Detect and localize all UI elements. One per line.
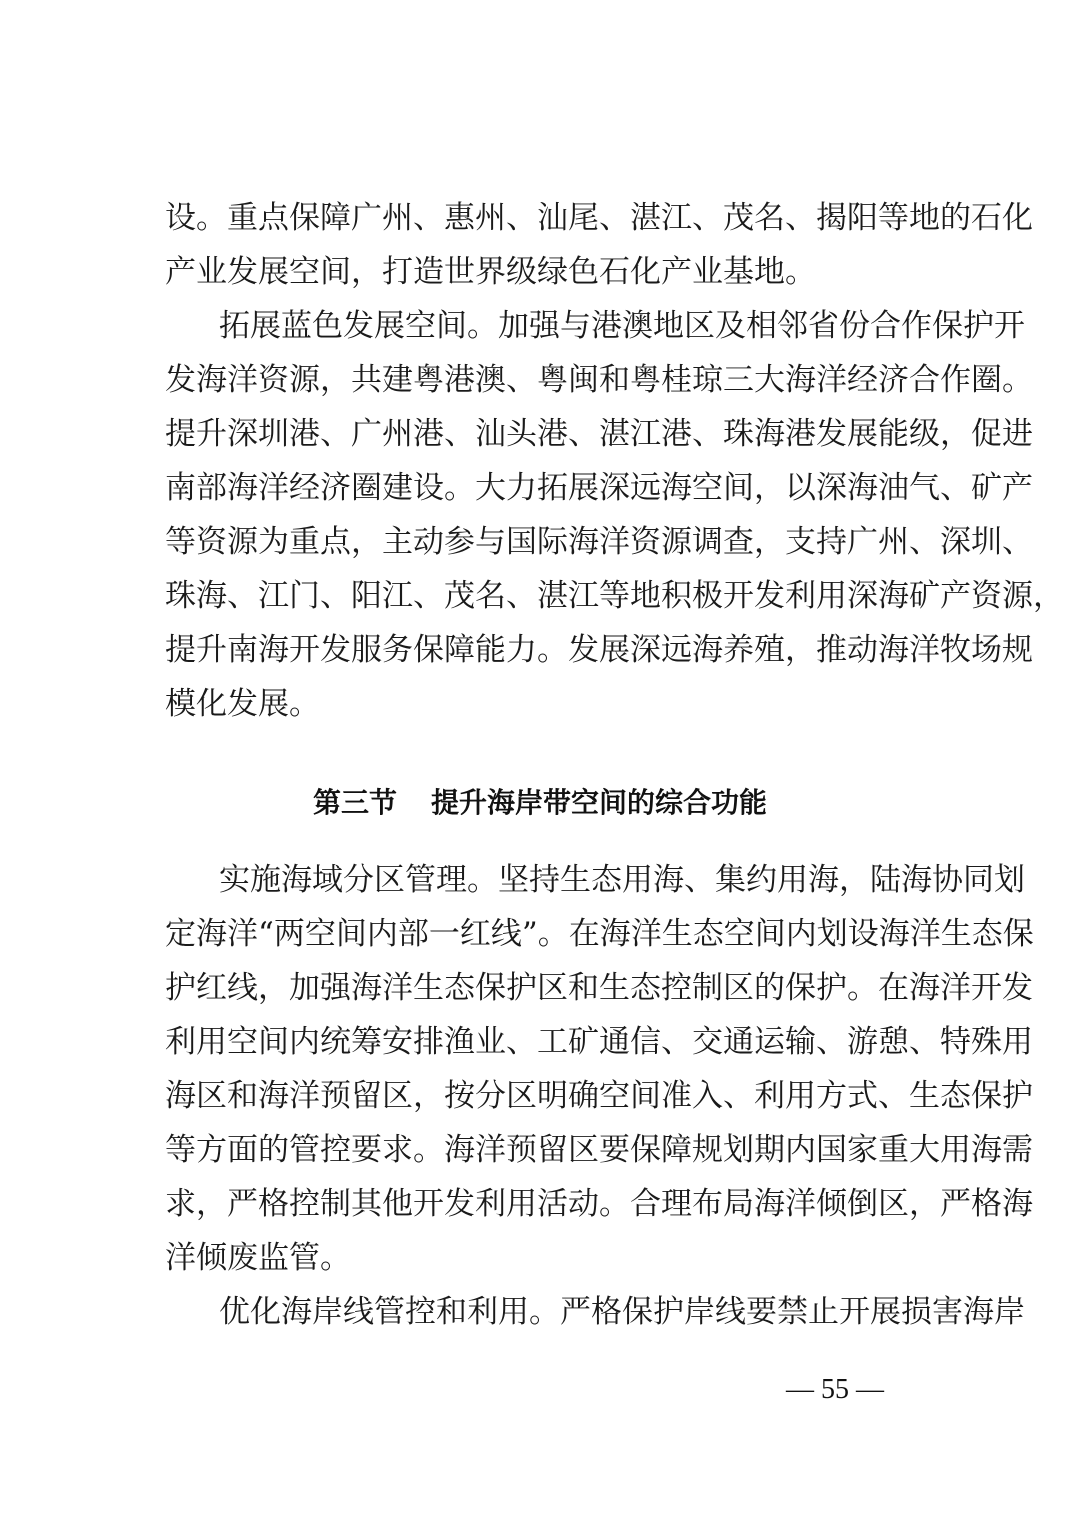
- paragraph-2-line-8: 模化发展。: [165, 677, 917, 731]
- paragraph-2-line-5: 等资源为重点，主动参与国际海洋资源调查，支持广州、深圳、: [165, 515, 917, 569]
- paragraph-2-line-4: 南部海洋经济圈建设。大力拓展深远海空间，以深海油气、矿产: [165, 461, 917, 515]
- section-title: 提升海岸带空间的综合功能: [431, 786, 767, 819]
- paragraph-3-line-8: 洋倾废监管。: [165, 1231, 917, 1285]
- paragraph-3-line-3: 护红线，加强海洋生态保护区和生态控制区的保护。在海洋开发: [165, 961, 917, 1015]
- paragraph-3-line-1: 实施海域分区管理。坚持生态用海、集约用海，陆海协同划: [219, 853, 917, 907]
- paragraph-4-line-1: 优化海岸线管控和利用。严格保护岸线要禁止开展损害海岸: [219, 1285, 917, 1339]
- page-number: — 55 —: [780, 1368, 890, 1412]
- paragraph-3-line-6: 等方面的管控要求。海洋预留区要保障规划期内国家重大用海需: [165, 1123, 917, 1177]
- paragraph-3-line-7: 求，严格控制其他开发利用活动。合理布局海洋倾倒区，严格海: [165, 1177, 917, 1231]
- paragraph-1-line-1: 设。重点保障广州、惠州、汕尾、湛江、茂名、揭阳等地的石化: [165, 191, 917, 245]
- paragraph-2-line-3: 提升深圳港、广州港、汕头港、湛江港、珠海港发展能级，促进: [165, 407, 917, 461]
- paragraph-3-line-2: 定海洋“两空间内部一红线”。在海洋生态空间内划设海洋生态保: [165, 907, 917, 961]
- paragraph-2-line-6: 珠海、江门、阳江、茂名、湛江等地积极开发利用深海矿产资源，: [165, 569, 917, 623]
- paragraph-2-line-1: 拓展蓝色发展空间。加强与港澳地区及相邻省份合作保护开: [219, 299, 917, 353]
- paragraph-1-line-2: 产业发展空间，打造世界级绿色石化产业基地。: [165, 245, 917, 299]
- document-page: 设。重点保障广州、惠州、汕尾、湛江、茂名、揭阳等地的石化 产业发展空间，打造世界…: [0, 0, 1080, 1527]
- section-number: 第三节: [313, 786, 397, 819]
- section-heading: 第三节提升海岸带空间的综合功能: [0, 776, 1080, 830]
- paragraph-3-line-5: 海区和海洋预留区，按分区明确空间准入、利用方式、生态保护: [165, 1069, 917, 1123]
- paragraph-3-line-4: 利用空间内统筹安排渔业、工矿通信、交通运输、游憩、特殊用: [165, 1015, 917, 1069]
- paragraph-2-line-7: 提升南海开发服务保障能力。发展深远海养殖，推动海洋牧场规: [165, 623, 917, 677]
- paragraph-2-line-2: 发海洋资源，共建粤港澳、粤闽和粤桂琼三大海洋经济合作圈。: [165, 353, 917, 407]
